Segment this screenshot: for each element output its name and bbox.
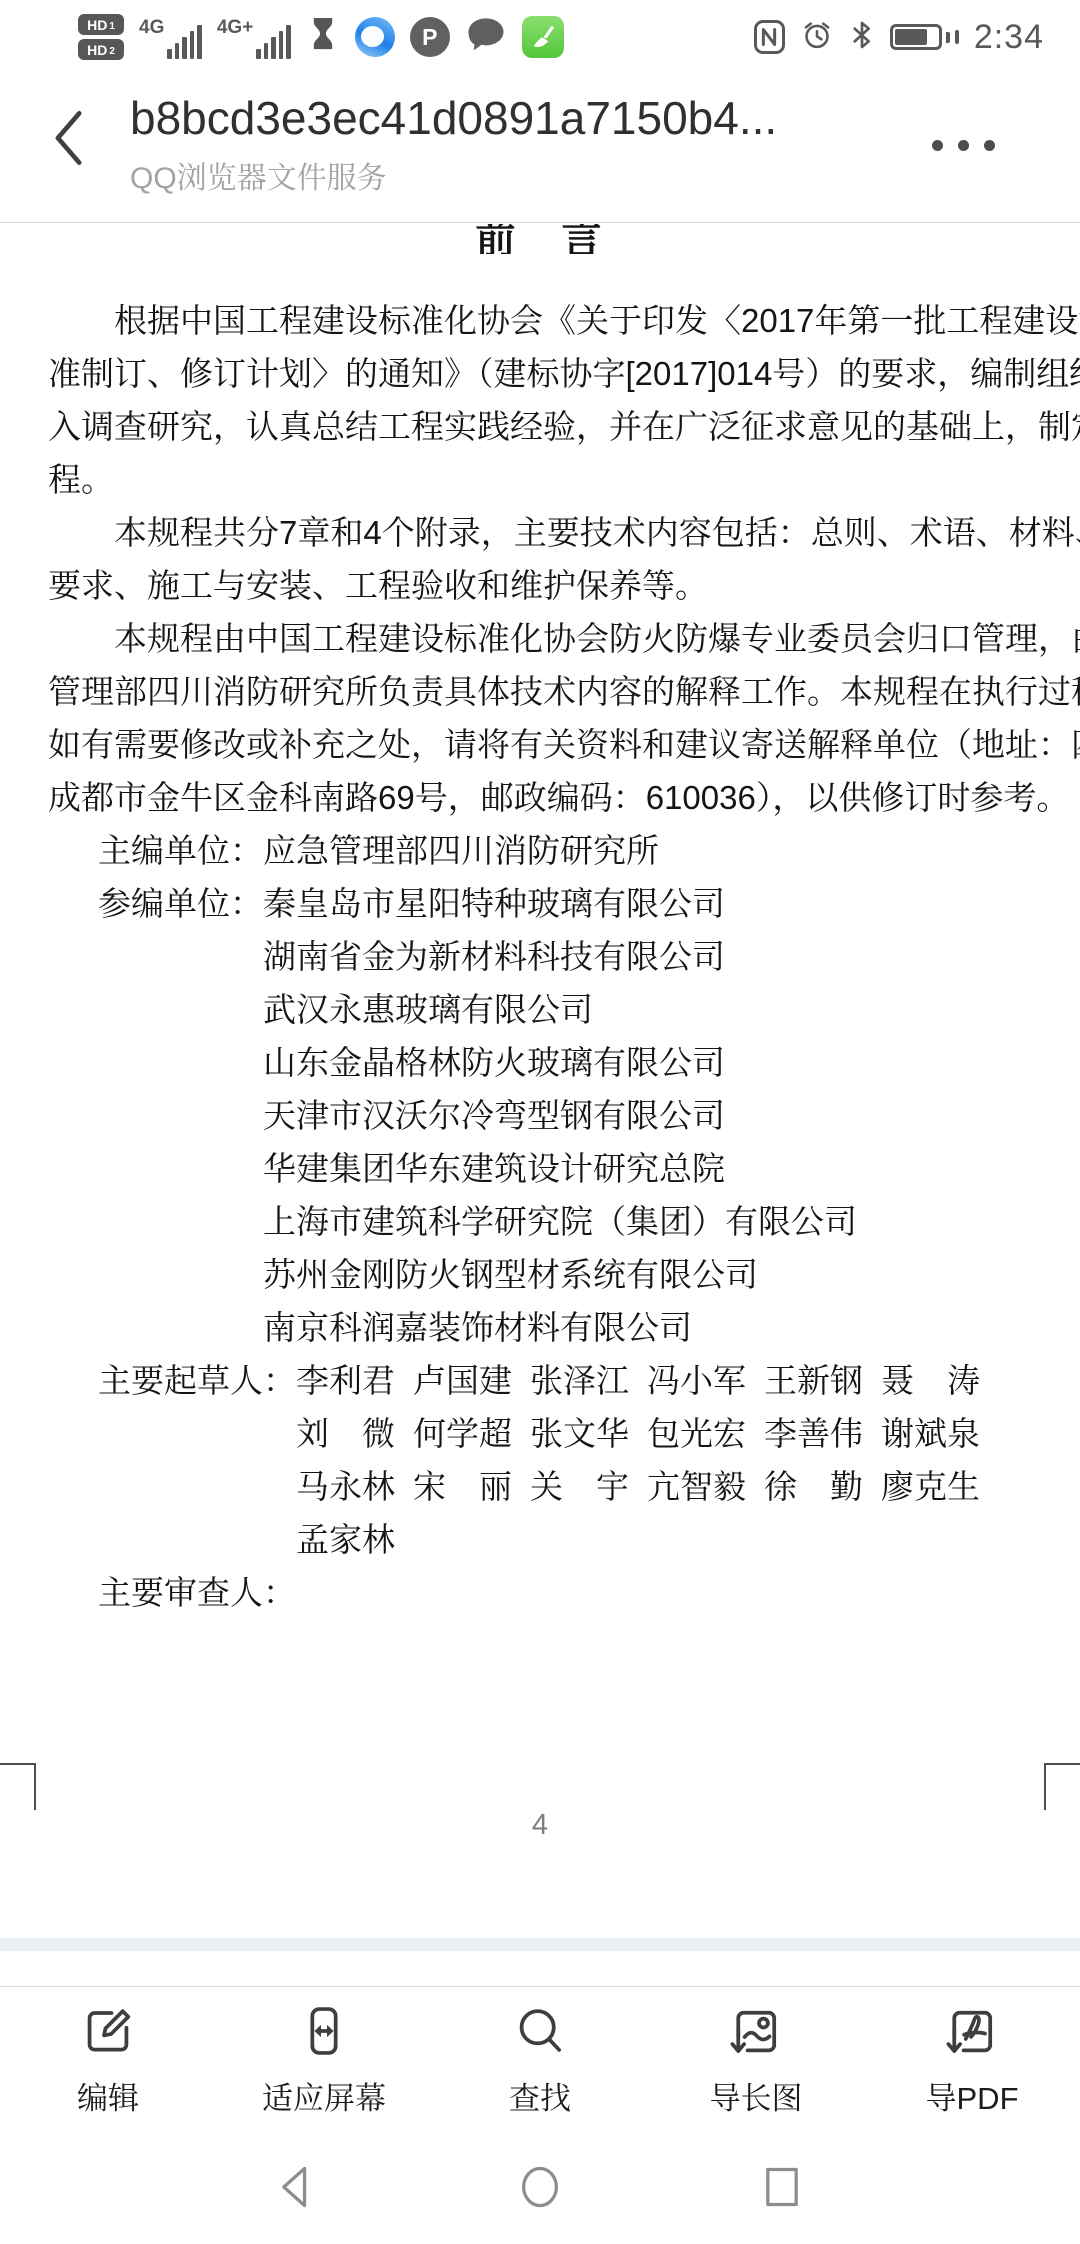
fit-screen-button[interactable]: 适应屏幕 (216, 1987, 432, 2130)
drafter-name: 张泽江 (530, 1354, 629, 1407)
hd2-label: HD (87, 42, 107, 58)
drafter-name: 宋 丽 (413, 1460, 512, 1513)
hd-volte-icons: HD1 HD2 (78, 14, 124, 60)
participant-company: 华建集团华东建筑设计研究总院 (48, 1142, 1032, 1195)
drafter-name: 亢智毅 (647, 1460, 746, 1513)
status-bar-right: 2:34 (754, 18, 1044, 57)
drafter-name: 张文华 (530, 1407, 629, 1460)
android-nav-bar (0, 2130, 1080, 2244)
drafter-name: 聂 涛 (881, 1354, 980, 1407)
p-app-letter: P (422, 24, 437, 51)
p-app-icon: P (410, 17, 450, 57)
hd2-volte-icon: HD2 (78, 39, 124, 60)
drafters-line: 主要起草人： 李利君 卢国建 张泽江 冯小军 王新钢 聂 涛 (48, 1354, 1032, 1407)
doc-paragraph-line: 程。 (48, 453, 1032, 506)
drafter-name: 关 宇 (530, 1460, 629, 1513)
drafter-name: 徐 勤 (764, 1460, 863, 1513)
drafter-names-row: 李利君 卢国建 张泽江 冯小军 王新钢 聂 涛 (296, 1354, 980, 1407)
sim2-number: 2 (109, 46, 115, 57)
search-icon (512, 2003, 568, 2064)
drafter-names-row: 马永林 宋 丽 关 宇 亢智毅 徐 勤 廖克生 (48, 1460, 1032, 1513)
battery-icon (890, 24, 959, 50)
header: b8bcd3e3ec41d0891a7150b4... QQ浏览器文件服务 (0, 66, 1080, 223)
page-gap-divider (0, 1938, 1080, 1951)
header-text: b8bcd3e3ec41d0891a7150b4... QQ浏览器文件服务 (130, 91, 777, 197)
nav-home-button[interactable] (512, 2159, 568, 2215)
drafter-name: 王新钢 (764, 1354, 863, 1407)
participant-company: 南京科润嘉装饰材料有限公司 (48, 1301, 1032, 1354)
find-label: 查找 (509, 2073, 571, 2118)
drafter-name: 李利君 (296, 1354, 395, 1407)
doc-body: 根据中国工程建设标准化协会《关于印发〈2017年第一批工程建设协会标 准制订、修… (48, 294, 1032, 1619)
doc-paragraph-line: 准制订、修订计划〉的通知》（建标协字[2017]014号）的要求，编制组经过深 (48, 347, 1032, 400)
signal-bars-icon (256, 25, 291, 59)
messenger-icon (465, 15, 507, 60)
participants-label: 参编单位： (98, 885, 263, 922)
cleaner-icon (522, 16, 564, 58)
bluetooth-icon (849, 19, 875, 56)
network1-label: 4G (139, 18, 164, 37)
back-triangle-icon (274, 2163, 322, 2211)
fit-screen-icon (296, 2003, 352, 2064)
find-button[interactable]: 查找 (432, 1987, 648, 2130)
participant-company: 上海市建筑科学研究院（集团）有限公司 (48, 1195, 1032, 1248)
status-bar-left: HD1 HD2 4G 4G+ P (78, 14, 564, 60)
doc-paragraph-line: 要求、施工与安装、工程验收和维护保养等。 (48, 559, 1032, 612)
participant-company: 武汉永惠玻璃有限公司 (48, 983, 1032, 1036)
doc-title-clip: 前 言 (48, 224, 1032, 254)
export-pdf-button[interactable]: 导PDF (864, 1987, 1080, 2130)
drafter-name: 谢斌泉 (881, 1407, 980, 1460)
signal-bars-icon (167, 25, 202, 59)
hourglass-icon (306, 15, 340, 60)
edit-label: 编辑 (77, 2073, 139, 2118)
qq-browser-icon (355, 17, 395, 57)
hd1-label: HD (87, 17, 107, 33)
doc-paragraph-line: 本规程由中国工程建设标准化协会防火防爆专业委员会归口管理，由应急 (48, 612, 1032, 665)
page-corner-mark-right (1044, 1763, 1080, 1810)
drafter-name: 马永林 (296, 1460, 395, 1513)
recents-square-icon (758, 2163, 806, 2211)
export-long-image-icon (728, 2003, 784, 2064)
chief-editor-value: 应急管理部四川消防研究所 (263, 832, 659, 869)
menu-dot (984, 140, 995, 151)
edit-button[interactable]: 编辑 (0, 1987, 216, 2130)
export-pdf-label: 导PDF (926, 2073, 1019, 2118)
doc-paragraph-line: 管理部四川消防研究所负责具体技术内容的解释工作。本规程在执行过程中， (48, 665, 1032, 718)
fit-screen-label: 适应屏幕 (262, 2073, 386, 2118)
back-chevron-icon (52, 110, 84, 166)
drafter-name: 孟家林 (296, 1513, 395, 1566)
menu-dot (932, 140, 943, 151)
doc-paragraph-line: 成都市金牛区金科南路69号，邮政编码：610036），以供修订时参考。 (48, 771, 1032, 824)
alarm-icon (800, 18, 834, 57)
drafter-name: 李善伟 (764, 1407, 863, 1460)
drafters-label: 主要起草人： (98, 1354, 296, 1407)
doc-paragraph-line: 入调查研究，认真总结工程实践经验，并在广泛征求意见的基础上，制定本规 (48, 400, 1032, 453)
drafter-name: 刘 微 (296, 1407, 395, 1460)
signal-sim2: 4G+ (217, 15, 291, 59)
participant-company: 天津市汉沃尔冷弯型钢有限公司 (48, 1089, 1032, 1142)
status-bar: HD1 HD2 4G 4G+ P (0, 0, 1080, 66)
network2-label: 4G+ (217, 18, 253, 37)
document-page[interactable]: 前 言 根据中国工程建设标准化协会《关于印发〈2017年第一批工程建设协会标 准… (0, 224, 1080, 1938)
chief-editor-label: 主编单位： (98, 832, 263, 869)
doc-title: 前 言 (476, 224, 605, 254)
doc-paragraph-line: 根据中国工程建设标准化协会《关于印发〈2017年第一批工程建设协会标 (48, 294, 1032, 347)
drafter-names-row: 刘 微 何学超 张文华 包光宏 李善伟 谢斌泉 (48, 1407, 1032, 1460)
menu-dot (958, 140, 969, 151)
nfc-icon (754, 20, 785, 54)
page-number: 4 (0, 1809, 1080, 1842)
export-long-image-label: 导长图 (710, 2073, 803, 2118)
reviewers-line: 主要审查人： (48, 1566, 1032, 1619)
reviewers-label: 主要审查人： (98, 1574, 296, 1611)
drafter-name: 何学超 (413, 1407, 512, 1460)
back-button[interactable] (48, 102, 88, 174)
hd1-volte-icon: HD1 (78, 14, 124, 35)
participants-line: 参编单位：秦皇岛市星阳特种玻璃有限公司 (48, 877, 1032, 930)
participant-company: 秦皇岛市星阳特种玻璃有限公司 (263, 885, 725, 922)
bottom-toolbar: 编辑 适应屏幕 查找 (0, 1986, 1080, 2130)
participant-company: 苏州金刚防火钢型材系统有限公司 (48, 1248, 1032, 1301)
drafter-name: 廖克生 (881, 1460, 980, 1513)
drafter-name: 卢国建 (413, 1354, 512, 1407)
phone-screen: HD1 HD2 4G 4G+ P (0, 0, 1080, 2244)
drafter-name: 包光宏 (647, 1407, 746, 1460)
export-pdf-icon (944, 2003, 1000, 2064)
participant-company: 湖南省金为新材料科技有限公司 (48, 930, 1032, 983)
home-circle-icon (516, 2163, 564, 2211)
nav-recents-button[interactable] (754, 2159, 810, 2215)
overflow-menu-button[interactable] (908, 122, 1018, 168)
drafter-name: 冯小军 (647, 1354, 746, 1407)
nav-back-button[interactable] (270, 2159, 326, 2215)
file-title: b8bcd3e3ec41d0891a7150b4... (130, 91, 777, 145)
doc-paragraph-line: 本规程共分7章和4个附录，主要技术内容包括：总则、术语、材料、设计 (48, 506, 1032, 559)
status-time: 2:34 (974, 18, 1044, 57)
sim1-number: 1 (109, 21, 115, 32)
doc-paragraph-line: 如有需要修改或补充之处，请将有关资料和建议寄送解释单位（地址：四川省 (48, 718, 1032, 771)
drafter-names-row: 孟家林 (48, 1513, 1032, 1566)
export-long-image-button[interactable]: 导长图 (648, 1987, 864, 2130)
chief-editor-line: 主编单位：应急管理部四川消防研究所 (48, 824, 1032, 877)
file-source-subtitle: QQ浏览器文件服务 (130, 153, 777, 197)
participant-company: 山东金晶格林防火玻璃有限公司 (48, 1036, 1032, 1089)
signal-sim1: 4G (139, 15, 202, 59)
edit-icon (80, 2003, 136, 2064)
page-corner-mark-left (0, 1763, 36, 1810)
